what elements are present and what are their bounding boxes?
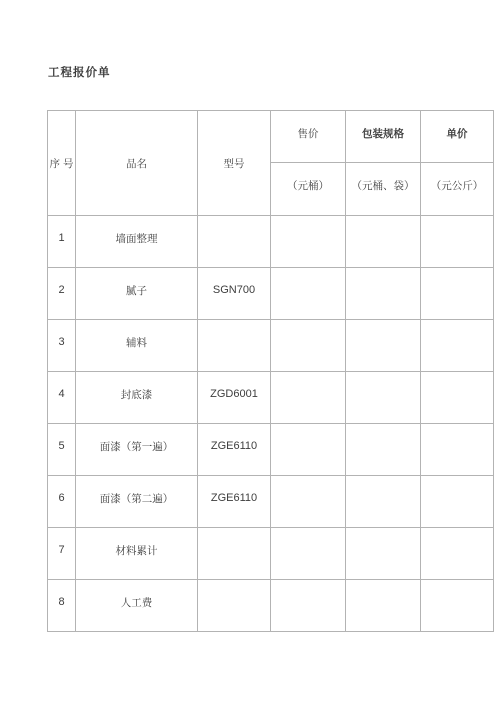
price-cell: [271, 216, 346, 268]
model-cell: [198, 216, 271, 268]
unit-price-cell: [421, 580, 494, 632]
table-row: 5 面漆（第一遍） ZGE6110: [48, 424, 494, 476]
price-cell: [271, 580, 346, 632]
price-cell: [271, 528, 346, 580]
packaging-cell: [346, 372, 421, 424]
packaging-cell: [346, 580, 421, 632]
name-cell: 辅料: [76, 320, 198, 372]
price-cell: [271, 372, 346, 424]
name-cell: 墙面整理: [76, 216, 198, 268]
serial-cell: 4: [48, 372, 76, 424]
unit-price-cell: [421, 476, 494, 528]
unit-price-cell: [421, 268, 494, 320]
unit-price-cell: [421, 424, 494, 476]
price-cell: [271, 320, 346, 372]
packaging-cell: [346, 476, 421, 528]
page-title: 工程报价单: [48, 64, 111, 80]
model-cell: ZGE6110: [198, 476, 271, 528]
model-cell: SGN700: [198, 268, 271, 320]
header-row-top: 序 号 品名 型号 售价 包装规格 单价: [48, 111, 494, 163]
col-header-name: 品名: [76, 111, 198, 216]
name-cell: 封底漆: [76, 372, 198, 424]
model-cell: [198, 320, 271, 372]
name-cell: 腻子: [76, 268, 198, 320]
unit-price-cell: [421, 320, 494, 372]
table-row: 1 墙面整理: [48, 216, 494, 268]
table-row: 8 人工费: [48, 580, 494, 632]
packaging-cell: [346, 216, 421, 268]
col-header-price: 售价: [271, 111, 346, 163]
model-cell: [198, 580, 271, 632]
price-cell: [271, 424, 346, 476]
price-unit-label: （元桶）: [271, 163, 346, 216]
name-cell: 材料累计: [76, 528, 198, 580]
table-body: 1 墙面整理 2 腻子 SGN700 3 辅料: [48, 216, 494, 632]
unit-price-cell: [421, 528, 494, 580]
col-header-serial: 序 号: [48, 111, 76, 216]
unit-price-cell: [421, 216, 494, 268]
packaging-cell: [346, 268, 421, 320]
col-header-model: 型号: [198, 111, 271, 216]
unit-price-cell: [421, 372, 494, 424]
serial-cell: 6: [48, 476, 76, 528]
name-cell: 面漆（第一遍）: [76, 424, 198, 476]
packaging-unit-label: （元桶、袋）: [346, 163, 421, 216]
serial-cell: 5: [48, 424, 76, 476]
packaging-cell: [346, 424, 421, 476]
model-cell: [198, 528, 271, 580]
packaging-cell: [346, 320, 421, 372]
quotation-table: 序 号 品名 型号 售价 包装规格 单价 （元桶） （元桶、袋） （元公斤） 1…: [47, 110, 494, 632]
packaging-cell: [346, 528, 421, 580]
price-cell: [271, 268, 346, 320]
table-row: 7 材料累计: [48, 528, 494, 580]
serial-cell: 3: [48, 320, 76, 372]
table-row: 3 辅料: [48, 320, 494, 372]
document-page: 工程报价单 序 号 品名 型号 售价 包装规格 单价 （元桶） （元桶、袋） （…: [0, 0, 500, 708]
model-cell: ZGD6001: [198, 372, 271, 424]
col-header-packaging: 包装规格: [346, 111, 421, 163]
serial-cell: 7: [48, 528, 76, 580]
serial-cell: 2: [48, 268, 76, 320]
serial-cell: 8: [48, 580, 76, 632]
unit-price-unit-label: （元公斤）: [421, 163, 494, 216]
table-row: 6 面漆（第二遍） ZGE6110: [48, 476, 494, 528]
serial-cell: 1: [48, 216, 76, 268]
table-row: 2 腻子 SGN700: [48, 268, 494, 320]
model-cell: ZGE6110: [198, 424, 271, 476]
price-cell: [271, 476, 346, 528]
name-cell: 面漆（第二遍）: [76, 476, 198, 528]
table-row: 4 封底漆 ZGD6001: [48, 372, 494, 424]
table-header: 序 号 品名 型号 售价 包装规格 单价 （元桶） （元桶、袋） （元公斤）: [48, 111, 494, 216]
col-header-unit-price: 单价: [421, 111, 494, 163]
name-cell: 人工费: [76, 580, 198, 632]
